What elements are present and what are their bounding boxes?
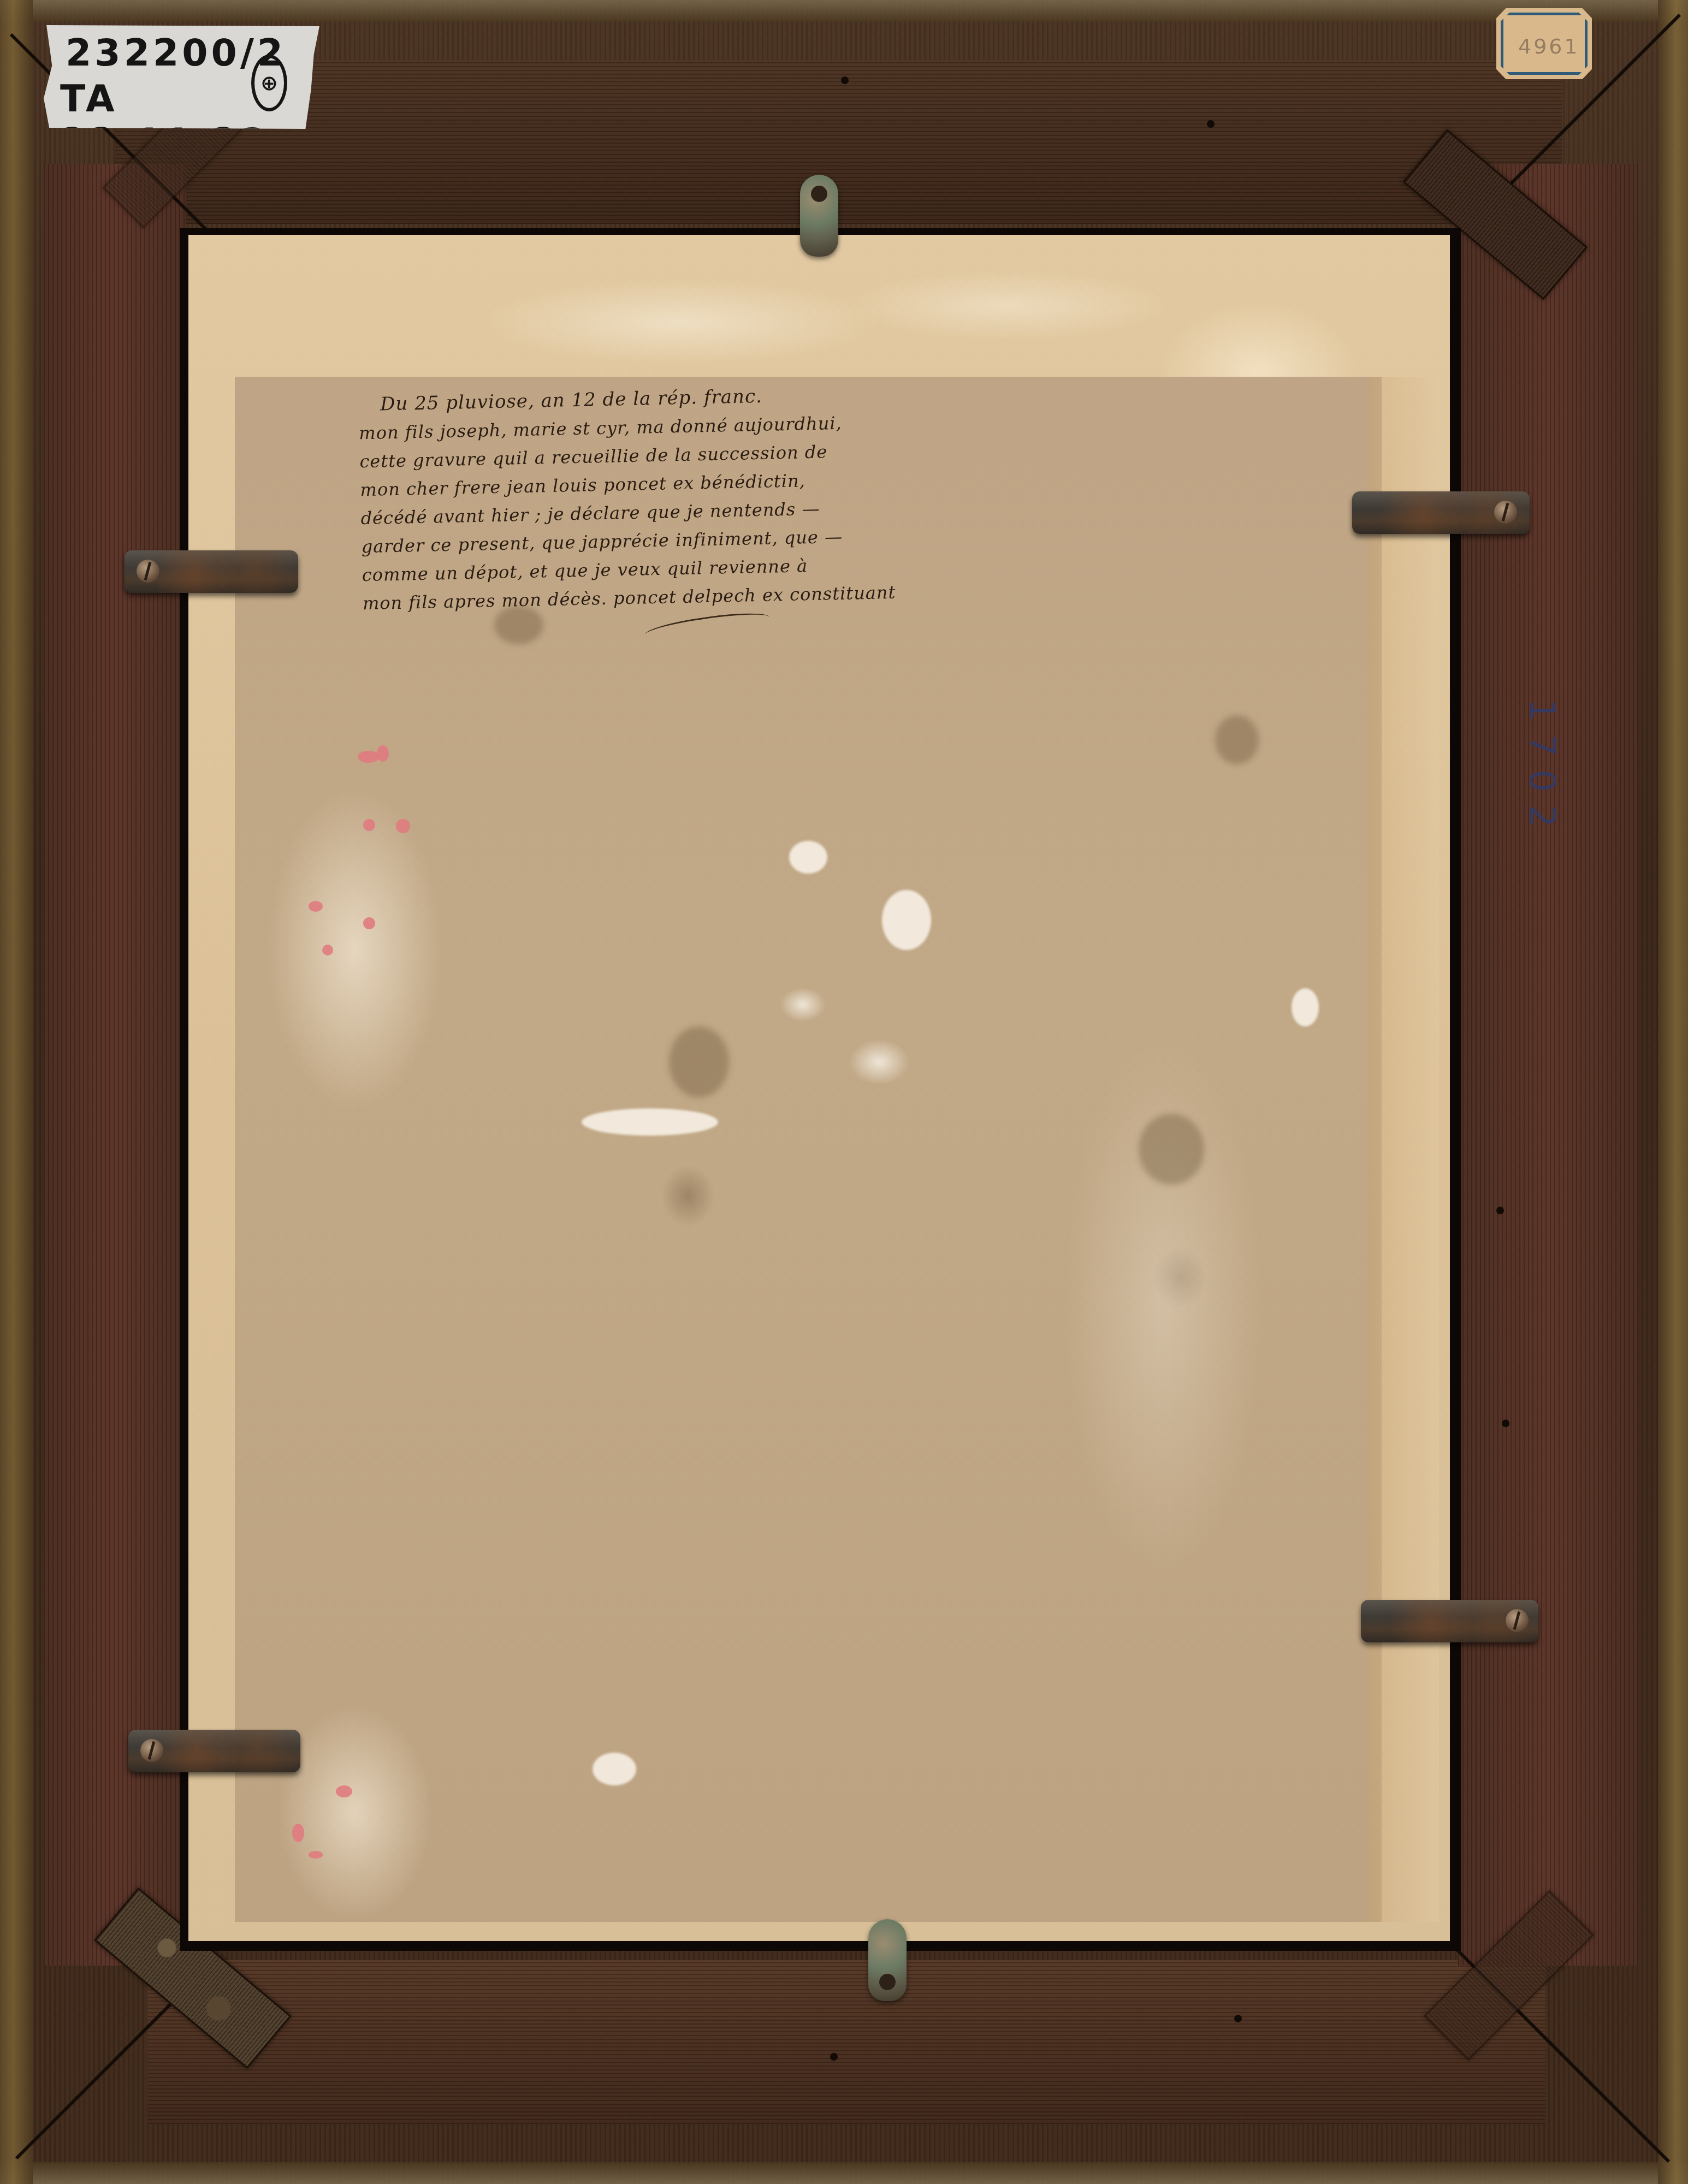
handwritten-inscription: Du 25 pluviose, an 12 de la rép. franc. … bbox=[358, 379, 898, 618]
frame-bottom-edge bbox=[0, 2162, 1688, 2184]
paper-fleck bbox=[789, 841, 827, 874]
inventory-sticker: 4961 bbox=[1496, 8, 1592, 79]
paper-right-margin bbox=[1368, 377, 1439, 1922]
red-stamp-mark bbox=[309, 901, 323, 912]
nail-hole bbox=[1496, 1207, 1504, 1214]
frame-bottom-rail bbox=[147, 1960, 1545, 2124]
paper-stain bbox=[1139, 1114, 1204, 1185]
hanger-bottom bbox=[868, 1919, 907, 2001]
hanger-screw-hole bbox=[879, 1974, 896, 1990]
nail-hole bbox=[841, 76, 849, 84]
nail-hole bbox=[1234, 2015, 1242, 2022]
sticker-number: 4961 bbox=[1518, 34, 1580, 58]
turn-button-right-upper bbox=[1352, 491, 1530, 534]
red-stamp-mark bbox=[292, 1824, 304, 1842]
nail-hole bbox=[830, 2053, 838, 2061]
red-stamp-mark bbox=[363, 819, 375, 831]
paper-stain bbox=[1215, 715, 1259, 764]
paper-stain bbox=[669, 1026, 729, 1097]
red-stamp-mark bbox=[322, 945, 333, 956]
red-stamp-mark bbox=[377, 745, 389, 762]
masking-tape-label: 232200/2 TA 22.11.23 ⊕ bbox=[44, 22, 322, 131]
red-stamp-mark bbox=[358, 751, 380, 763]
frame-right-stile bbox=[1458, 164, 1638, 1966]
nail-hole bbox=[1207, 120, 1215, 128]
frame-top-edge bbox=[0, 0, 1688, 22]
red-stamp-mark bbox=[396, 819, 410, 833]
red-stamp-mark bbox=[309, 1851, 323, 1859]
frame-left-stile bbox=[44, 164, 186, 1966]
screw-icon bbox=[1506, 1609, 1529, 1632]
frame-left-edge bbox=[0, 0, 33, 2184]
hanger-screw-hole bbox=[811, 186, 827, 202]
turn-button-left-lower bbox=[128, 1730, 300, 1772]
screw-icon bbox=[1494, 501, 1517, 524]
nail-hole bbox=[1502, 1420, 1509, 1427]
paper-fleck bbox=[882, 890, 931, 950]
hanger-top bbox=[800, 175, 838, 257]
screw-icon bbox=[140, 1739, 163, 1762]
frame-top-rail bbox=[115, 60, 1562, 224]
screw-icon bbox=[137, 560, 159, 583]
frame-blue-number: 1702 bbox=[1521, 699, 1562, 840]
paper-fleck bbox=[1292, 988, 1319, 1026]
paper-fleck bbox=[593, 1753, 636, 1785]
red-stamp-mark bbox=[336, 1785, 352, 1797]
circled-mark-icon: ⊕ bbox=[251, 55, 287, 111]
turn-button-right-lower bbox=[1361, 1600, 1538, 1642]
paper-fleck bbox=[582, 1108, 718, 1136]
frame-right-edge bbox=[1658, 0, 1688, 2184]
turn-button-left-upper bbox=[125, 550, 298, 593]
red-stamp-mark bbox=[363, 917, 375, 929]
